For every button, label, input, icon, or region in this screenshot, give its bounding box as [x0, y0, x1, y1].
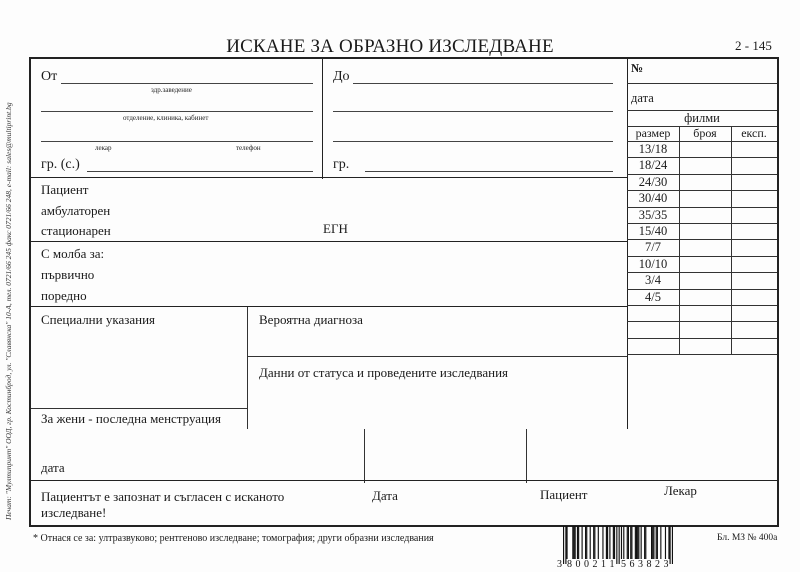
svg-text:0: 0	[584, 559, 589, 568]
probable-diagnosis-label: Вероятна диагноза	[259, 312, 363, 328]
film-row-divider	[627, 354, 777, 355]
film-count-cell[interactable]	[679, 338, 731, 354]
svg-text:8: 8	[567, 559, 572, 568]
divider-consent-sign	[526, 429, 527, 483]
film-column-header: експ.	[731, 126, 777, 141]
svg-text:3: 3	[557, 559, 562, 568]
film-size-cell: 35/35	[627, 207, 679, 223]
film-count-cell[interactable]	[679, 223, 731, 239]
film-exposure-cell[interactable]	[731, 174, 777, 190]
request-primary-option[interactable]: първично	[41, 267, 94, 283]
form-frame: От здр.заведение отделение, клиника, каб…	[29, 57, 779, 527]
film-exposure-cell[interactable]	[731, 190, 777, 206]
from-label: От	[41, 69, 57, 85]
patient-outpatient-option[interactable]: амбулаторен	[41, 203, 110, 219]
film-column-header: размер	[627, 126, 679, 141]
film-exposure-cell[interactable]	[731, 272, 777, 288]
film-exposure-cell[interactable]	[731, 223, 777, 239]
film-size-cell: 10/10	[627, 256, 679, 272]
svg-text:6: 6	[630, 559, 635, 568]
svg-text:1: 1	[610, 559, 615, 568]
barcode: 3800211563823	[555, 526, 681, 568]
film-count-cell[interactable]	[679, 207, 731, 223]
film-count-cell[interactable]	[679, 321, 731, 337]
svg-text:2: 2	[655, 559, 660, 568]
from-department-field[interactable]	[41, 111, 313, 112]
registry-divider	[627, 83, 777, 84]
women-date-label: дата	[41, 460, 65, 476]
film-size-cell: 15/40	[627, 223, 679, 239]
divider-consent-top	[31, 480, 777, 481]
divider-from-to	[322, 59, 323, 179]
special-instructions-label: Специални указания	[41, 312, 155, 328]
film-count-cell[interactable]	[679, 141, 731, 157]
request-repeat-option[interactable]: поредно	[41, 288, 87, 304]
films-header: филми	[627, 111, 777, 126]
divider-women-top	[31, 408, 247, 409]
consent-patient-label: Пациент	[540, 487, 587, 503]
to-line2-field[interactable]	[333, 111, 613, 112]
film-exposure-cell[interactable]	[731, 321, 777, 337]
film-exposure-cell[interactable]	[731, 289, 777, 305]
status-data-label: Данни от статуса и проведените изследван…	[259, 365, 508, 381]
from-doctor-phone-field[interactable]	[41, 141, 313, 142]
form-number: Бл. МЗ № 400а	[717, 533, 777, 543]
divider-instructions-top	[31, 306, 627, 307]
film-size-cell: 13/18	[627, 141, 679, 157]
film-count-cell[interactable]	[679, 239, 731, 255]
women-menstruation-label: За жени - последна менструация	[41, 411, 221, 427]
film-exposure-cell[interactable]	[731, 338, 777, 354]
film-exposure-cell[interactable]	[731, 305, 777, 321]
film-size-cell: 3/4	[627, 272, 679, 288]
svg-text:1: 1	[601, 559, 606, 568]
film-count-cell[interactable]	[679, 157, 731, 173]
from-city-field[interactable]	[87, 171, 313, 172]
film-exposure-cell[interactable]	[731, 141, 777, 157]
svg-text:5: 5	[621, 559, 626, 568]
egn-label: ЕГН	[323, 221, 348, 237]
to-city-field[interactable]	[365, 171, 613, 172]
hint-department: отделение, клиника, кабинет	[123, 114, 208, 122]
from-city-label: гр. (с.)	[41, 157, 80, 173]
film-exposure-cell[interactable]	[731, 157, 777, 173]
consent-text-line1: Пациентът е запознат и съгласен с искано…	[41, 489, 284, 505]
to-line3-field[interactable]	[333, 141, 613, 142]
hint-facility: здр.заведение	[151, 86, 192, 94]
divider-consent-date	[364, 429, 365, 483]
film-size-cell: 18/24	[627, 157, 679, 173]
svg-text:8: 8	[647, 559, 652, 568]
film-size-cell: 30/40	[627, 190, 679, 206]
svg-text:2: 2	[593, 559, 598, 568]
footnote: * Отнася се за: ултразвуково; рентгеново…	[33, 533, 434, 544]
form-code: 2 - 145	[735, 38, 772, 54]
svg-text:3: 3	[638, 559, 643, 568]
consent-date-label: Дата	[372, 488, 398, 504]
film-exposure-cell[interactable]	[731, 256, 777, 272]
film-exposure-cell[interactable]	[731, 239, 777, 255]
divider-diagnosis-bottom	[247, 356, 627, 357]
film-count-cell[interactable]	[679, 272, 731, 288]
film-count-cell[interactable]	[679, 289, 731, 305]
divider-instructions	[247, 307, 248, 429]
film-count-cell[interactable]	[679, 256, 731, 272]
to-city-label: гр.	[333, 157, 349, 173]
svg-text:3: 3	[664, 559, 669, 568]
to-label: До	[333, 69, 350, 85]
film-count-cell[interactable]	[679, 190, 731, 206]
request-label: С молба за:	[41, 246, 104, 262]
patient-inpatient-option[interactable]: стационарен	[41, 223, 111, 239]
consent-text-line2: изследване!	[41, 505, 106, 521]
film-size-cell: 4/5	[627, 289, 679, 305]
film-size-cell: 24/30	[627, 174, 679, 190]
divider-patient-top	[31, 177, 627, 178]
hint-doctor: лекар	[95, 144, 112, 152]
form-title: ИСКАНЕ ЗА ОБРАЗНО ИЗСЛЕДВАНЕ	[200, 36, 580, 58]
svg-text:0: 0	[576, 559, 581, 568]
printer-imprint: Печат: "Мултипринт" ООД, гр. Костинброд,…	[4, 30, 13, 520]
hint-phone: телефон	[236, 144, 261, 152]
film-size-cell: 7/7	[627, 239, 679, 255]
patient-label: Пациент	[41, 182, 88, 198]
registry-date-label: дата	[631, 91, 654, 106]
from-facility-field[interactable]	[61, 83, 313, 84]
divider-request-top	[31, 241, 627, 242]
consent-doctor-label: Лекар	[664, 483, 697, 499]
film-exposure-cell[interactable]	[731, 207, 777, 223]
film-count-cell[interactable]	[679, 305, 731, 321]
to-line1-field[interactable]	[353, 83, 613, 84]
film-column-header: броя	[679, 126, 731, 141]
film-count-cell[interactable]	[679, 174, 731, 190]
registry-number-label: №	[631, 61, 643, 76]
